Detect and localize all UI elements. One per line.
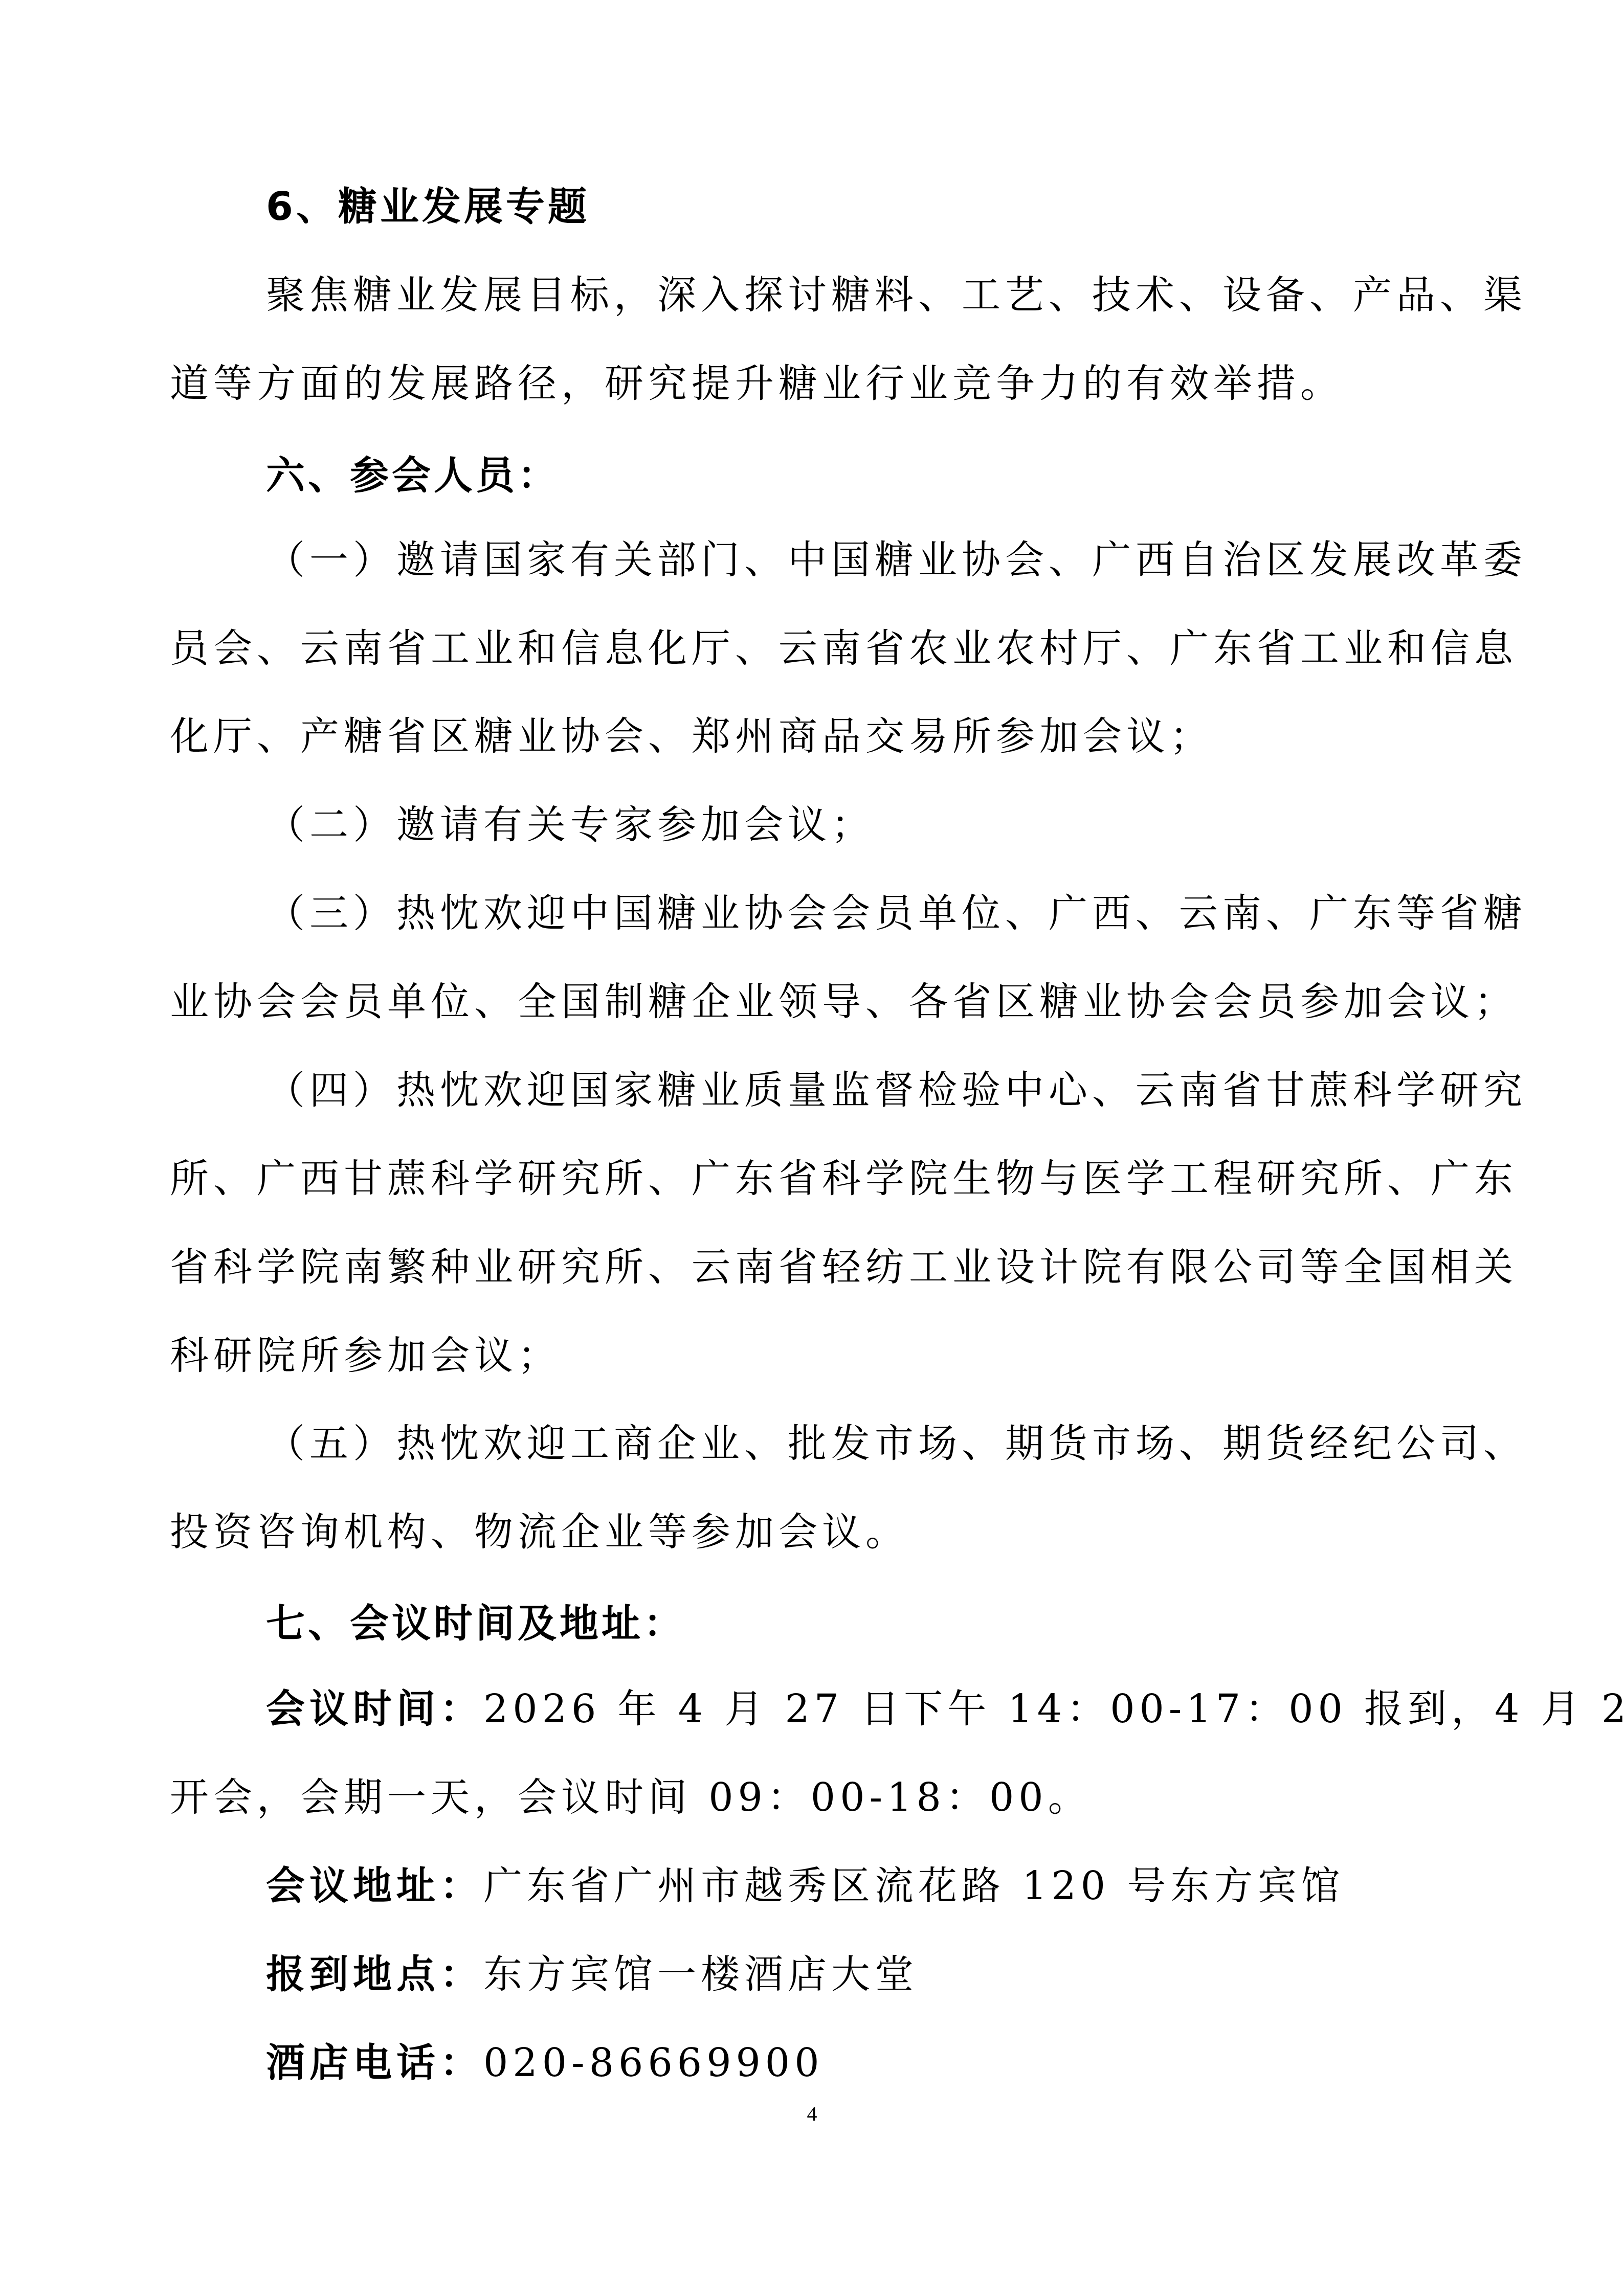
- page-number: 4: [0, 2102, 1624, 2126]
- section-6-body-line-2: 道等方面的发展路径，研究提升糖业行业竞争力的有效举措。: [170, 358, 1469, 409]
- participants-heading: 六、参会人员：: [266, 450, 1468, 501]
- participants-item-1-line-1: （一）邀请国家有关部门、中国糖业协会、广西自治区发展改革委: [266, 534, 1468, 586]
- meeting-time-label: 会议时间：: [266, 1686, 483, 1731]
- meeting-address: 会议地址：广东省广州市越秀区流花路 120 号东方宾馆: [266, 1860, 1468, 1911]
- checkin-location-label: 报到地点：: [266, 1951, 483, 1997]
- participants-item-4-line-1: （四）热忱欢迎国家糖业质量监督检验中心、云南省甘蔗科学研究: [266, 1065, 1468, 1116]
- hotel-phone-value: 020-86669900: [483, 2040, 824, 2085]
- section-6-heading: 6、糖业发展专题: [266, 181, 1468, 232]
- checkin-location-value: 东方宾馆一楼酒店大堂: [483, 1951, 918, 1997]
- participants-item-1-line-3: 化厅、产糖省区糖业协会、郑州商品交易所参加会议；: [170, 711, 1469, 762]
- participants-item-1-line-2: 员会、云南省工业和信息化厅、云南省农业农村厅、广东省工业和信息: [170, 623, 1469, 674]
- participants-item-4-line-3: 省科学院南繁种业研究所、云南省轻纺工业设计院有限公司等全国相关: [170, 1242, 1469, 1293]
- meeting-info-heading: 七、会议时间及地址：: [266, 1598, 1468, 1649]
- meeting-time-line-2: 开会，会期一天，会议时间 09：00-18：00。: [170, 1772, 1469, 1823]
- meeting-address-value: 广东省广州市越秀区流花路 120 号东方宾馆: [483, 1863, 1344, 1908]
- document-page: 6、糖业发展专题 聚焦糖业发展目标，深入探讨糖料、工艺、技术、设备、产品、渠 道…: [0, 0, 1624, 2296]
- participants-item-4-line-4: 科研院所参加会议；: [170, 1330, 1469, 1381]
- meeting-address-label: 会议地址：: [266, 1863, 483, 1908]
- participants-item-3-line-1: （三）热忱欢迎中国糖业协会会员单位、广西、云南、广东等省糖: [266, 888, 1468, 939]
- participants-item-4-line-2: 所、广西甘蔗科学研究所、广东省科学院生物与医学工程研究所、广东: [170, 1153, 1469, 1204]
- participants-item-5-line-1: （五）热忱欢迎工商企业、批发市场、期货市场、期货经纪公司、: [266, 1418, 1468, 1469]
- hotel-phone-label: 酒店电话：: [266, 2040, 483, 2085]
- hotel-phone: 酒店电话：020-86669900: [266, 2037, 1468, 2088]
- participants-item-5-line-2: 投资咨询机构、物流企业等参加会议。: [170, 1506, 1469, 1558]
- meeting-time-value: 2026 年 4 月 27 日下午 14：00-17：00 报到，4 月 28 …: [483, 1686, 1624, 1731]
- participants-item-2: （二）邀请有关专家参加会议；: [266, 799, 1468, 850]
- participants-item-3-line-2: 业协会会员单位、全国制糖企业领导、各省区糖业协会会员参加会议；: [170, 976, 1469, 1027]
- checkin-location: 报到地点：东方宾馆一楼酒店大堂: [266, 1949, 1468, 2000]
- section-6-body-line-1: 聚焦糖业发展目标，深入探讨糖料、工艺、技术、设备、产品、渠: [266, 269, 1468, 321]
- meeting-time-line-1: 会议时间：2026 年 4 月 27 日下午 14：00-17：00 报到，4 …: [266, 1683, 1468, 1735]
